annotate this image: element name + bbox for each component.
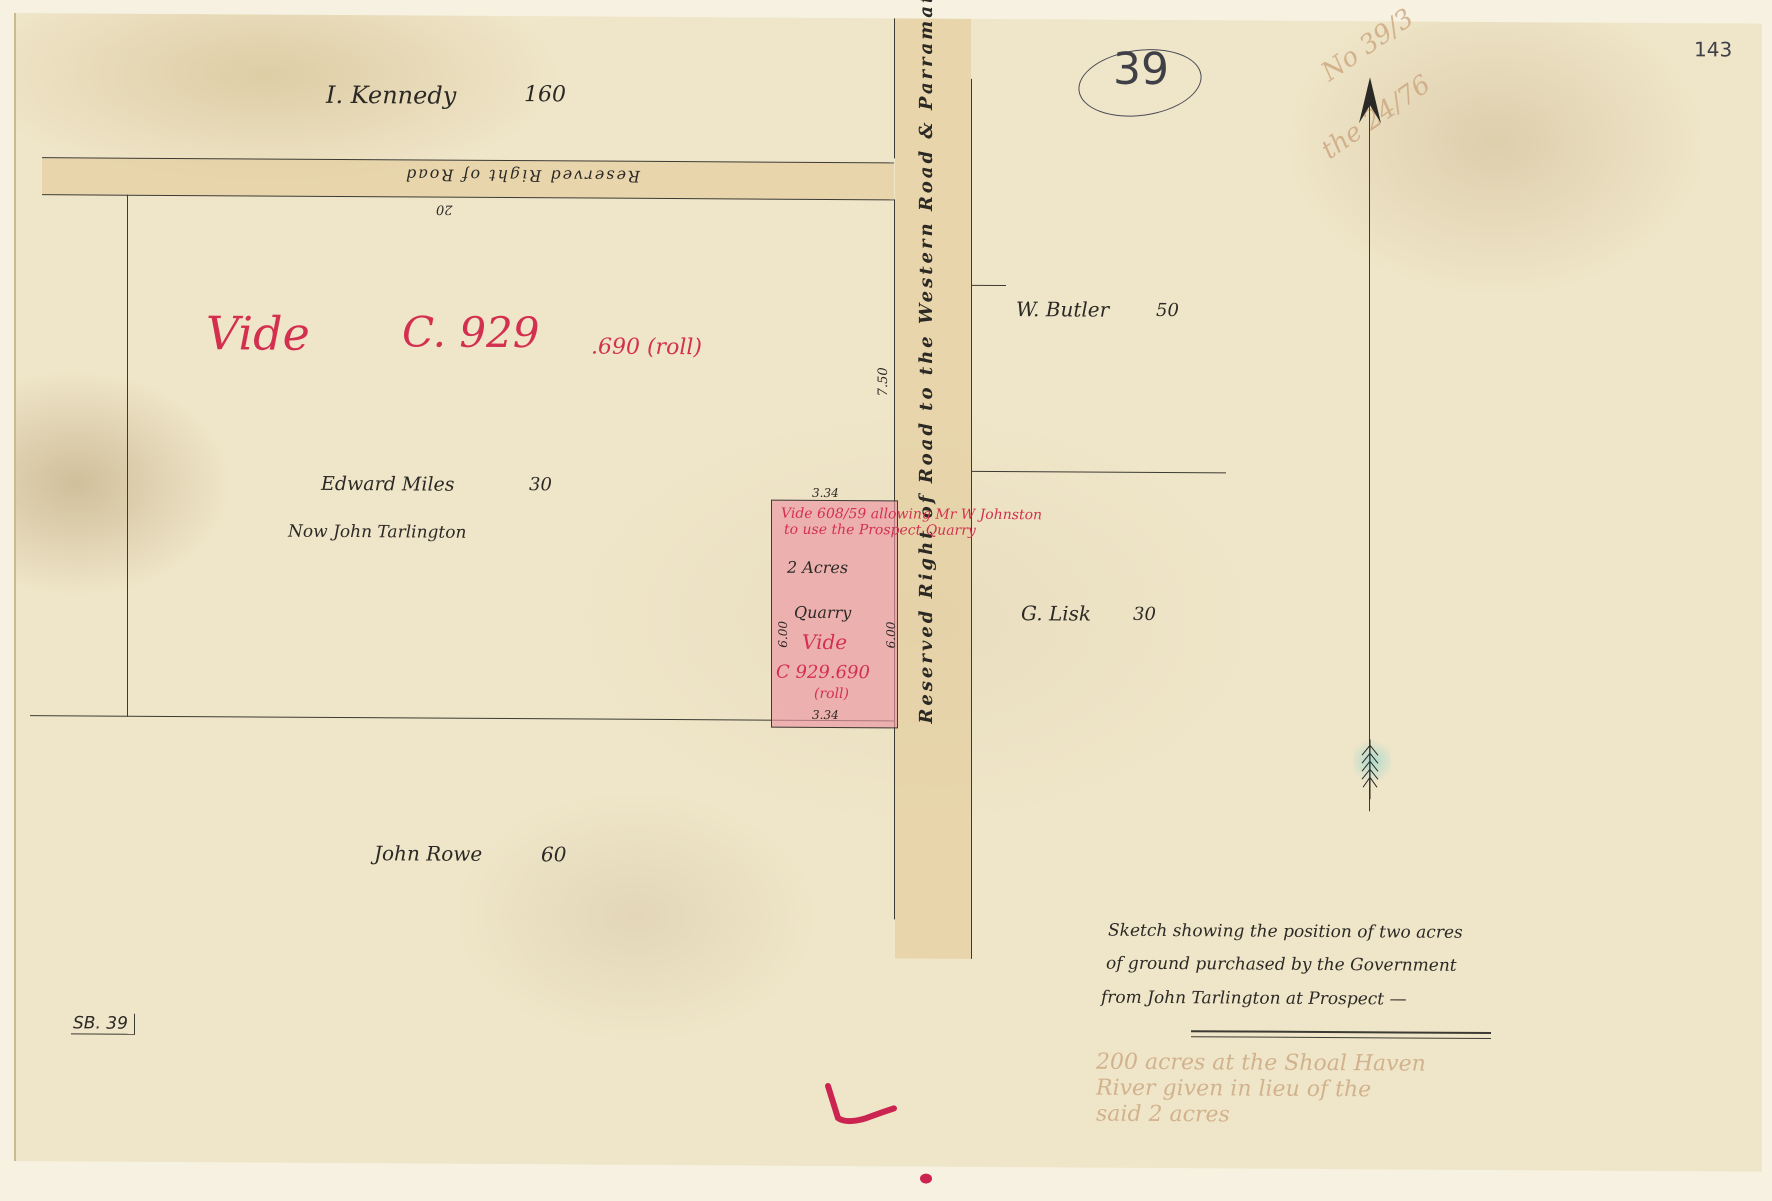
quarry-red-vide: Vide (802, 630, 847, 654)
parcel-rowe-owner: John Rowe (374, 841, 482, 866)
red-annotation-suffix: .690 (roll) (591, 335, 702, 361)
measurement-top-chain: 20 (436, 202, 453, 217)
title-line-3: from John Tarlington at Prospect — (1101, 982, 1407, 1017)
north-arrow-icon (1357, 77, 1383, 127)
parcel-lisk-area: 30 (1133, 604, 1156, 625)
butler-lisk-boundary (971, 471, 1226, 474)
parcel-lisk-owner: G. Lisk (1021, 601, 1091, 625)
faint-note-line-3: said 2 acres (1096, 1102, 1230, 1128)
vroad-west-top (894, 18, 895, 158)
parcel-miles-area: 30 (529, 474, 552, 495)
quarry-area-label: 2 Acres (787, 558, 848, 577)
faint-top-note-1: No 39/3 (1316, 3, 1419, 87)
north-arrow-shaft (1369, 81, 1370, 811)
north-arrow-feather-icon (1359, 739, 1381, 799)
title-underline (1191, 1030, 1491, 1039)
parcel-miles-note: Now John Tarlington (288, 522, 466, 543)
measurement-east-side: 7.50 (876, 367, 891, 396)
title-line-2: of ground purchased by the Government (1106, 948, 1457, 983)
archive-label: SB. 39 (71, 1013, 135, 1034)
butler-north-boundary (971, 285, 1006, 286)
miles-west-boundary (127, 195, 128, 717)
quarry-bottom-measure: 3.34 (812, 708, 839, 722)
quarry-red-roll: (roll) (814, 686, 849, 702)
parcel-kennedy-area: 160 (524, 82, 566, 107)
red-ink-mark-icon (816, 1078, 936, 1189)
parcel-butler-owner: W. Butler (1016, 297, 1109, 322)
circled-reference-number: 39 (1113, 44, 1169, 95)
quarry-red-note-1: Vide 608/59 allowing Mr W Johnston (781, 506, 1042, 524)
red-annotation-ref: C. 929 (402, 307, 540, 357)
vertical-road-label: Reserved Right of Road to the Western Ro… (916, 0, 937, 724)
horizontal-road-label: Reserved Right of Road (404, 165, 640, 185)
quarry-left-measure: 6.00 (776, 621, 790, 648)
faint-note-line-1: 200 acres at the Shoal Haven (1096, 1050, 1426, 1077)
quarry-red-ref: C 929.690 (776, 662, 870, 684)
parcel-butler-area: 50 (1156, 300, 1179, 321)
red-annotation-vide: Vide (206, 306, 310, 361)
parcel-miles-owner: Edward Miles (321, 473, 455, 496)
faint-note-line-2: River given in lieu of the (1096, 1076, 1371, 1103)
quarry-red-note-2: to use the Prospect Quarry (784, 522, 976, 539)
quarry-right-measure: 6.00 (884, 622, 898, 649)
parcel-rowe-area: 60 (541, 842, 566, 866)
title-line-1: Sketch showing the position of two acres (1108, 915, 1463, 950)
page-number: 143 (1694, 37, 1732, 61)
parcel-kennedy-owner: I. Kennedy (326, 81, 456, 110)
quarry-top-measure: 3.34 (812, 486, 839, 500)
map-sheet: 39 143 No 39/3 the 24/76 I. Kennedy 160 … (14, 13, 1762, 1172)
miles-south-boundary (30, 715, 894, 721)
quarry-use-label: Quarry (794, 603, 851, 622)
